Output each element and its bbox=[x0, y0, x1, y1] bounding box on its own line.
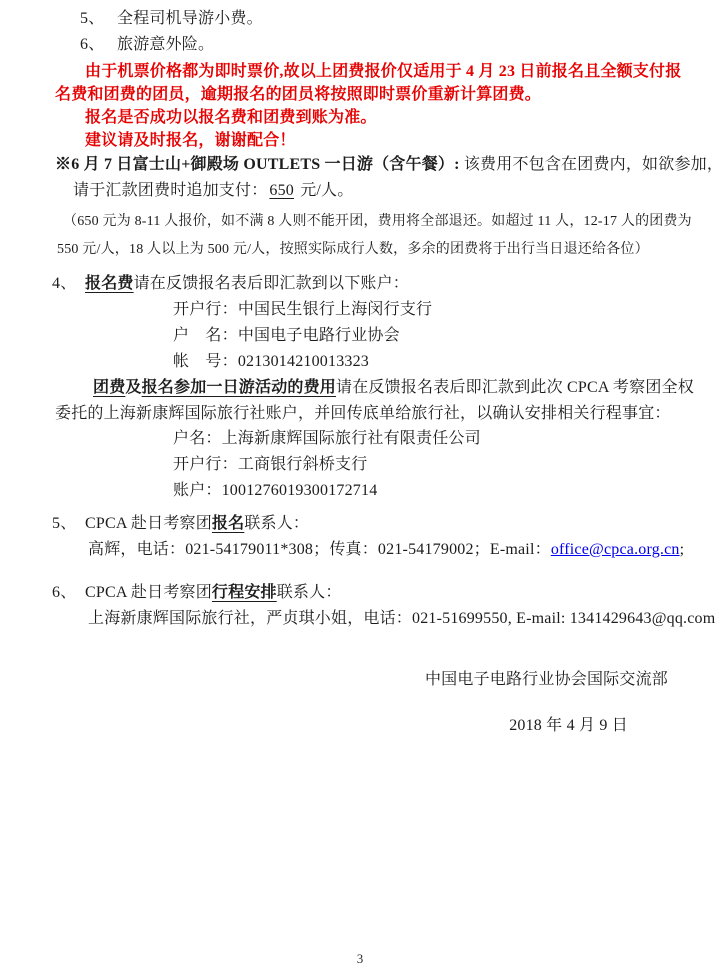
bank-value: 0213014210013323 bbox=[238, 353, 369, 370]
section-registration-contact: 5、CPCA 赴日考察团报名联系人： 高辉，电话：021-54179011*30… bbox=[55, 510, 668, 563]
contact-line: 高辉，电话：021-54179011*308；传真：021-54179002；E… bbox=[55, 537, 668, 563]
bank-account-line: 开户行：工商银行斜桥支行 bbox=[55, 452, 668, 478]
bank-account-line: 开户行：中国民生银行上海闵行支行 bbox=[55, 297, 668, 323]
heading-text: CPCA 赴日考察团 bbox=[85, 584, 212, 601]
list-item-text: 旅游意外险。 bbox=[117, 36, 214, 53]
red-notice: 由于机票价格都为即时票价,故以上团费报价仅适用于 4 月 23 日前报名且全额支… bbox=[55, 60, 668, 152]
heading-text: CPCA 赴日考察团 bbox=[85, 515, 212, 532]
red-notice-line: 名费和团费的团员，逾期报名的团员将按照即时票价重新计算团费。 bbox=[55, 83, 668, 106]
signature-organization: 中国电子电路行业协会国际交流部 bbox=[55, 670, 668, 690]
connector-text: 及 bbox=[125, 379, 141, 396]
bank-account-line: 户 名：中国电子电路行业协会 bbox=[55, 323, 668, 349]
tour-fee-paragraph-line: 团费及报名参加一日游活动的费用请在反馈报名表后即汇款到此次 CPCA 考察团全权 bbox=[55, 375, 668, 401]
document-page: 5、全程司机导游小费。 6、旅游意外险。 由于机票价格都为即时票价,故以上团费报… bbox=[0, 0, 720, 736]
heading-text: 联系人： bbox=[244, 515, 309, 532]
payment-prefix: 请于汇款团费时追加支付： bbox=[73, 182, 267, 199]
signature-date: 2018 年 4 月 9 日 bbox=[55, 716, 668, 736]
section-number: 5、 bbox=[52, 510, 85, 537]
section-heading: 5、CPCA 赴日考察团报名联系人： bbox=[55, 510, 668, 537]
contact-text: 高辉，电话：021-54179011*308；传真：021-54179002；E… bbox=[88, 541, 551, 558]
heading-emphasis: 报名费 bbox=[85, 275, 134, 292]
tour-fee-paragraph-line: 委托的上海新康辉国际旅行社账户，并回传底单给旅行社，以确认安排相关行程事宜： bbox=[55, 401, 668, 427]
day-trip-section: ※6 月 7 日富士山+御殿场 OUTLETS 一日游（含午餐）: 该费用不包含… bbox=[55, 152, 668, 264]
note-line: 550 元/人，18 人以上为 500 元/人，按照实际成行人数，多余的团费将于… bbox=[55, 236, 668, 264]
red-notice-line: 报名是否成功以报名费和团费到账为准。 bbox=[55, 106, 668, 129]
bank-label: 账户： bbox=[173, 482, 222, 499]
section-registration-fee: 4、报名费请在反馈报名表后即汇款到以下账户： 开户行：中国民生银行上海闵行支行 … bbox=[55, 270, 668, 504]
note-line: （650 元为 8-11 人报价，如不满 8 人则不能开团，费用将全部退还。如超… bbox=[55, 208, 668, 236]
expense-list: 5、全程司机导游小费。 6、旅游意外险。 bbox=[55, 6, 668, 58]
heading-text: 联系人： bbox=[277, 584, 342, 601]
email-link[interactable]: office@cpca.org.cn bbox=[551, 541, 680, 558]
paragraph-text: 请在反馈报名表后即汇款到此次 CPCA 考察团全权 bbox=[336, 379, 694, 396]
contact-text: ; bbox=[680, 541, 685, 558]
price-value: 650 bbox=[267, 182, 296, 199]
day-trip-note: （650 元为 8-11 人报价，如不满 8 人则不能开团，费用将全部退还。如超… bbox=[55, 208, 668, 264]
list-item-number: 5、 bbox=[80, 6, 117, 32]
heading-emphasis: 行程安排 bbox=[212, 584, 277, 601]
day-trip-title-rest: 该费用不包含在团费内，如欲参加， bbox=[464, 156, 720, 173]
bank-label: 开户行： bbox=[173, 301, 238, 318]
list-item-text: 全程司机导游小费。 bbox=[117, 10, 263, 27]
list-item-5: 5、全程司机导游小费。 bbox=[55, 6, 668, 32]
section-heading: 6、CPCA 赴日考察团行程安排联系人： bbox=[55, 579, 668, 606]
day-trip-payment-line: 请于汇款团费时追加支付：650 元/人。 bbox=[55, 178, 668, 204]
day-trip-fee-emphasis: 报名参加一日游活动的费用 bbox=[142, 379, 336, 396]
bank-label: 开户行： bbox=[173, 456, 238, 473]
heading-text: 请在反馈报名表后即汇款到以下账户： bbox=[134, 275, 409, 292]
payment-suffix: 元/人。 bbox=[296, 182, 353, 199]
page-number: 3 bbox=[0, 951, 720, 967]
day-trip-title-line: ※6 月 7 日富士山+御殿场 OUTLETS 一日游（含午餐）: 该费用不包含… bbox=[55, 152, 668, 178]
section-itinerary-contact: 6、CPCA 赴日考察团行程安排联系人： 上海新康辉国际旅行社，严贞琪小姐，电话… bbox=[55, 579, 668, 632]
heading-emphasis: 报名 bbox=[212, 515, 244, 532]
contact-line: 上海新康辉国际旅行社，严贞琪小姐，电话：021-51699550, E-mail… bbox=[55, 606, 668, 632]
bank-value: 中国民生银行上海闵行支行 bbox=[238, 301, 432, 318]
section-number: 4、 bbox=[52, 270, 85, 297]
bank-account-line: 账户：1001276019300172714 bbox=[55, 478, 668, 504]
bank-label: 户 名： bbox=[173, 327, 238, 344]
section-heading: 4、报名费请在反馈报名表后即汇款到以下账户： bbox=[55, 270, 668, 297]
day-trip-title: ※6 月 7 日富士山+御殿场 OUTLETS 一日游（含午餐）: bbox=[55, 156, 464, 173]
red-notice-line: 由于机票价格都为即时票价,故以上团费报价仅适用于 4 月 23 日前报名且全额支… bbox=[55, 60, 668, 83]
bank-value: 工商银行斜桥支行 bbox=[238, 456, 368, 473]
bank-account-line: 帐 号：0213014210013323 bbox=[55, 349, 668, 375]
section-number: 6、 bbox=[52, 579, 85, 606]
list-item-number: 6、 bbox=[80, 32, 117, 58]
bank-label: 帐 号： bbox=[173, 353, 238, 370]
bank-value: 1001276019300172714 bbox=[222, 482, 378, 499]
list-item-6: 6、旅游意外险。 bbox=[55, 32, 668, 58]
bank-account-line: 户名：上海新康辉国际旅行社有限责任公司 bbox=[55, 426, 668, 452]
red-notice-line: 建议请及时报名，谢谢配合！ bbox=[55, 129, 668, 152]
tour-fee-emphasis: 团费 bbox=[93, 379, 125, 396]
bank-label: 户名： bbox=[173, 430, 222, 447]
bank-value: 中国电子电路行业协会 bbox=[238, 327, 400, 344]
bank-value: 上海新康辉国际旅行社有限责任公司 bbox=[222, 430, 481, 447]
